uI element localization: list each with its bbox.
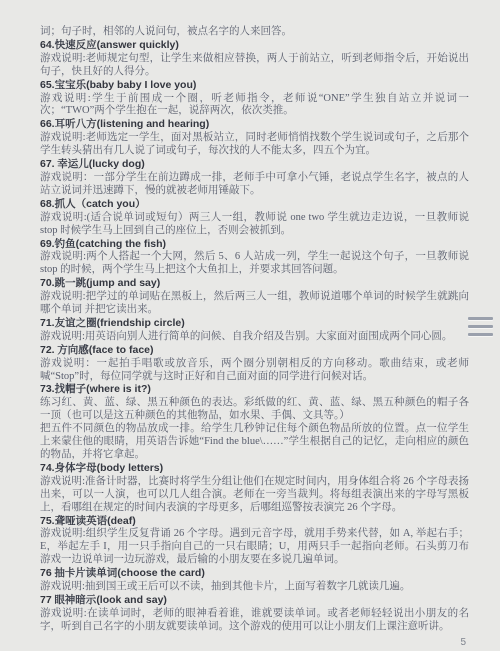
- game-title: 77 眼神暗示(look and say): [40, 594, 469, 608]
- game-entry: 65.宝宝乐(baby baby I love you) 游戏说明:学生于前围成…: [40, 79, 469, 119]
- game-description-block: 游戏说明:把学过的单词贴在黑板上，然后两三人一组，教师说道哪个单词的时候学生就跳…: [40, 291, 469, 317]
- game-description-block: 游戏说明:学生于前围成一个圈，听老师指令，老师说“ONE”学生独自站立并说词一次…: [40, 93, 469, 119]
- game-entries: 64.快速反应(answer quickly) 游戏说明:老师规定句型，让学生来…: [40, 39, 469, 634]
- game-number: 71.: [40, 317, 55, 329]
- game-title-zh: 聋哑读英语: [55, 516, 108, 527]
- game-description: 游戏说明:两个人搭起一个大网，然后 5、6 人站成一列，学生一起说这个句子，一旦…: [40, 251, 469, 277]
- game-entry: 71.友谊之圈(friendship circle) 游戏说明:用英语向别人进行…: [40, 317, 469, 344]
- game-title-zh: 宝宝乐: [55, 80, 87, 91]
- game-title-zh: 身体字母: [55, 463, 97, 474]
- game-title: 73.找帽子(where is it?): [40, 383, 469, 397]
- game-number: 72.: [40, 344, 55, 356]
- game-number: 67.: [40, 158, 55, 170]
- game-number: 70.: [40, 277, 55, 289]
- game-number: 68.: [40, 198, 55, 210]
- game-description-block: 练习红、黄、蓝、绿、黑五种颜色的表达。彩纸做的红、黄、蓝、绿、黑五种颜色的帽子各…: [40, 397, 469, 462]
- game-title: 74.身体字母(body letters): [40, 462, 469, 476]
- game-entry: 76 抽卡片读单词(choose the card) 游戏说明:抽到国王或王后可…: [40, 567, 469, 594]
- game-title-zh: 快速反应: [55, 40, 97, 51]
- game-description-block: 游戏说明:两个人搭起一个大网，然后 5、6 人站成一列，学生一起说这个句子，一旦…: [40, 251, 469, 277]
- game-title-en: (deaf): [107, 515, 136, 527]
- page-number: 5: [460, 637, 466, 648]
- game-title-zh: 跳一跳: [55, 278, 87, 289]
- game-description: 游戏说明:把学过的单词贴在黑板上，然后两三人一组，教师说道哪个单词的时候学生就跳…: [40, 291, 469, 317]
- game-title-en: (friendship circle): [97, 317, 185, 329]
- game-description-block: 游戏说明:抽到国王或王后可以不读，抽到其他卡片，上面写着数字几就读几遍。: [40, 581, 469, 594]
- game-entry: 75.聋哑读英语(deaf) 游戏说明:组织学生反复背诵 26 个字母。遇到元音…: [40, 515, 469, 568]
- game-description: 游戏说明:组织学生反复背诵 26 个字母。遇到元音字母，就用手势来代替，如 A,…: [40, 528, 469, 567]
- game-description: 游戏说明:学生于前围成一个圈，听老师指令，老师说“ONE”学生独自站立并说词一次…: [40, 93, 469, 119]
- game-entry: 77 眼神暗示(look and say) 游戏说明:在读单词时，老师的眼神看着…: [40, 594, 469, 634]
- game-description-block: 游戏说明:用英语向别人进行简单的问候、自我介绍及告别。大家面对面围成两个同心圆。: [40, 331, 469, 344]
- game-entry: 67. 幸运儿(lucky dog) 游戏说明：一部分学生在前边蹲成一排，老师手…: [40, 158, 469, 198]
- game-number: 74.: [40, 462, 55, 474]
- game-title-en: (baby baby I love you): [86, 79, 196, 91]
- game-title: 70.跳一跳(jump and say): [40, 277, 469, 291]
- game-title-en: (body letters): [97, 462, 164, 474]
- game-title-zh: 友谊之圈: [55, 318, 97, 329]
- game-title-zh: 钓鱼: [55, 239, 76, 250]
- game-title: 75.聋哑读英语(deaf): [40, 515, 469, 529]
- game-title: 67. 幸运儿(lucky dog): [40, 158, 469, 172]
- game-description: 把五件不同颜色的物品放成一排。给学生几秒钟记住每个颜色物品所放的位置。点一位学生…: [40, 423, 469, 462]
- continuation-text: 词；句子时，相邻的人说问句，被点名字的人来回答。: [40, 26, 469, 39]
- game-entry: 74.身体字母(body letters) 游戏说明:准备计时器，比赛时将学生分…: [40, 462, 469, 515]
- game-description-block: 游戏说明:(适合说单词或短句）两三人一组，教师说 one two 学生就边走边说…: [40, 212, 469, 238]
- game-title: 66.耳听八方(listening and hearing): [40, 118, 469, 132]
- hamburger-menu-icon[interactable]: [468, 317, 494, 339]
- game-title-zh: 耳听八方: [55, 119, 97, 130]
- hamburger-bar: [468, 333, 493, 336]
- game-description: 游戏说明:抽到国王或王后可以不读，抽到其他卡片，上面写着数字几就读几遍。: [40, 581, 469, 594]
- game-number: 69.: [40, 238, 55, 250]
- game-description: 游戏说明:(适合说单词或短句）两三人一组，教师说 one two 学生就边走边说…: [40, 212, 469, 238]
- game-entry: 73.找帽子(where is it?) 练习红、黄、蓝、绿、黑五种颜色的表达。…: [40, 383, 469, 461]
- game-title-zh: 幸运儿: [55, 159, 89, 170]
- game-description: 游戏说明:在读单词时，老师的眼神看着谁，谁就要读单词。或者老师轻轻说出小朋友的名…: [40, 608, 469, 634]
- game-description-block: 游戏说明：一部分学生在前边蹲成一排，老师手中可拿小气锤，老说点学生名字，被点的人…: [40, 172, 469, 198]
- game-description-block: 游戏说明：一起拍手唱歌或放音乐，两个圈分别朝相反的方向移动。歌曲结束，或老师喊“…: [40, 358, 469, 384]
- game-title-zh: 抽卡片读单词: [52, 568, 118, 579]
- game-title-en: (catching the fish): [76, 238, 166, 250]
- game-title-en: (listening and hearing): [97, 118, 210, 130]
- game-title: 71.友谊之圈(friendship circle): [40, 317, 469, 331]
- game-description: 游戏说明:准备计时器，比赛时将学生分组让他们在规定时间内，用身体组合将 26 个…: [40, 476, 469, 515]
- game-entry: 66.耳听八方(listening and hearing) 游戏说明:老师选定…: [40, 118, 469, 158]
- game-description-block: 游戏说明:老师选定一学生，面对黑板站立，同时老师悄悄找数个学生说词或句子，之后那…: [40, 132, 469, 158]
- game-title-en: (choose the card): [117, 567, 205, 579]
- game-title-zh: 找帽子: [55, 384, 87, 395]
- game-description: 游戏说明:老师选定一学生，面对黑板站立，同时老师悄悄找数个学生说词或句子，之后那…: [40, 132, 469, 158]
- game-description: 游戏说明：一起拍手唱歌或放音乐，两个圈分别朝相反的方向移动。歌曲结束，或老师喊“…: [40, 358, 469, 384]
- game-description: 练习红、黄、蓝、绿、黑五种颜色的表达。彩纸做的红、黄、蓝、绿、黑五种颜色的帽子各…: [40, 397, 469, 423]
- game-number: 65.: [40, 79, 55, 91]
- game-title: 64.快速反应(answer quickly): [40, 39, 469, 53]
- game-title: 72. 方向感(face to face): [40, 344, 469, 358]
- game-title-en: (lucky dog): [89, 158, 145, 170]
- game-title: 65.宝宝乐(baby baby I love you): [40, 79, 469, 93]
- game-description-block: 游戏说明:组织学生反复背诵 26 个字母。遇到元音字母，就用手势来代替，如 A,…: [40, 528, 469, 567]
- game-title-en: (face to face): [89, 344, 154, 356]
- game-number: 64.: [40, 39, 55, 51]
- game-title-en: (look and say): [96, 594, 167, 606]
- game-description-block: 游戏说明:老师规定句型，让学生来做相应替换，两人于前站立，听到老师指令后，开始说…: [40, 53, 469, 79]
- hamburger-bar: [468, 325, 493, 328]
- game-description: 游戏说明:老师规定句型，让学生来做相应替换，两人于前站立，听到老师指令后，开始说…: [40, 53, 469, 79]
- page-content: 词；句子时，相邻的人说问句，被点名字的人来回答。 64.快速反应(answer …: [40, 26, 469, 634]
- game-number: 73.: [40, 383, 55, 395]
- game-number: 76: [40, 567, 52, 579]
- game-title-zh: 眼神暗示: [52, 595, 97, 606]
- game-number: 77: [40, 594, 52, 606]
- document-page: 词；句子时，相邻的人说问句，被点名字的人来回答。 64.快速反应(answer …: [0, 0, 500, 651]
- game-title-zh: 方向感: [55, 345, 89, 356]
- game-title-en: （catch you）: [76, 198, 146, 210]
- game-title-en: (answer quickly): [97, 39, 179, 51]
- game-title: 76 抽卡片读单词(choose the card): [40, 567, 469, 581]
- game-entry: 72. 方向感(face to face) 游戏说明：一起拍手唱歌或放音乐，两个…: [40, 344, 469, 384]
- game-entry: 64.快速反应(answer quickly) 游戏说明:老师规定句型，让学生来…: [40, 39, 469, 79]
- game-title-zh: 抓人: [55, 199, 76, 210]
- game-description-block: 游戏说明:准备计时器，比赛时将学生分组让他们在规定时间内，用身体组合将 26 个…: [40, 476, 469, 515]
- game-description-block: 游戏说明:在读单词时，老师的眼神看着谁，谁就要读单词。或者老师轻轻说出小朋友的名…: [40, 608, 469, 634]
- game-entry: 70.跳一跳(jump and say) 游戏说明:把学过的单词贴在黑板上，然后…: [40, 277, 469, 317]
- game-entry: 68.抓人（catch you） 游戏说明:(适合说单词或短句）两三人一组，教师…: [40, 198, 469, 238]
- game-description: 游戏说明：一部分学生在前边蹲成一排，老师手中可拿小气锤，老说点学生名字，被点的人…: [40, 172, 469, 198]
- game-title-en: (jump and say): [86, 277, 160, 289]
- game-entry: 69.钓鱼(catching the fish) 游戏说明:两个人搭起一个大网，…: [40, 238, 469, 278]
- game-title: 69.钓鱼(catching the fish): [40, 238, 469, 252]
- game-title: 68.抓人（catch you）: [40, 198, 469, 212]
- game-description: 游戏说明:用英语向别人进行简单的问候、自我介绍及告别。大家面对面围成两个同心圆。: [40, 331, 469, 344]
- game-number: 75.: [40, 515, 55, 527]
- hamburger-bar: [468, 317, 493, 320]
- game-number: 66.: [40, 118, 55, 130]
- game-title-en: (where is it?): [86, 383, 151, 395]
